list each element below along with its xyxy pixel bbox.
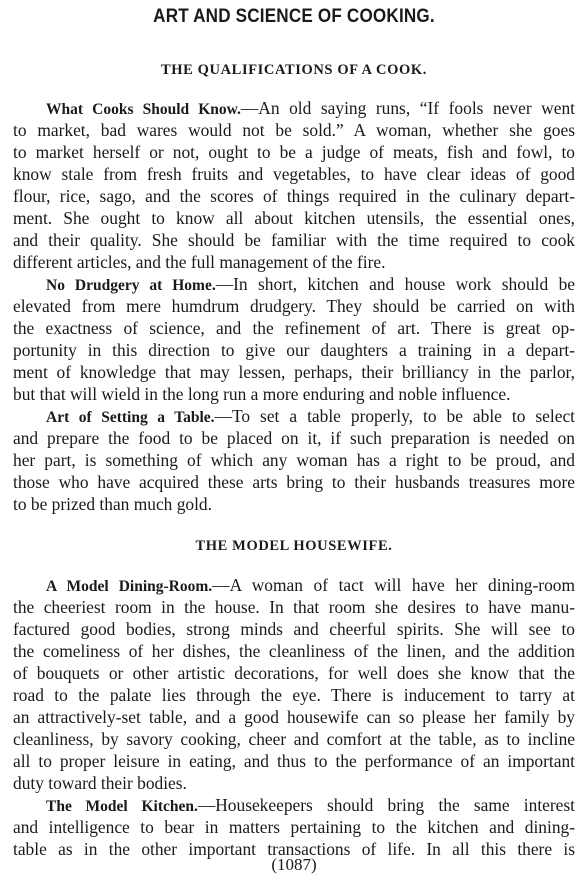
paragraph-line: know stale from fresh fruits and vegetab… [13, 164, 575, 185]
paragraph-lead-no-drudgery: No Drudgery at Home. [46, 277, 216, 294]
paragraph-line: the exactness of science, and the refine… [13, 318, 575, 339]
paragraph-line: and their quality. She should be familia… [13, 230, 575, 251]
paragraph-line: and prepare the food to be placed on it,… [13, 428, 575, 449]
paragraph-lead-model-kitchen: The Model Kitchen. [46, 798, 198, 815]
paragraph-line: but that will wield in the long run a mo… [13, 384, 575, 405]
section-heading-model-housewife: THE MODEL HOUSEWIFE. [0, 538, 588, 555]
paragraph-line: No Drudgery at Home.—In short, kitchen a… [46, 274, 575, 296]
page-title: ART AND SCIENCE OF COOKING. [29, 6, 558, 28]
page-number: (1087) [0, 855, 588, 875]
paragraph-line: factured good bodies, strong minds and c… [13, 619, 575, 640]
paragraph-line: to market herself or not, ought to be a … [13, 142, 575, 163]
book-page: ART AND SCIENCE OF COOKING. THE QUALIFIC… [0, 0, 588, 878]
paragraph-line: to market, bad wares would not be sold.”… [13, 120, 575, 141]
paragraph-line: different articles, and the full managem… [13, 252, 575, 273]
paragraph-line: portunity in this direction to give our … [13, 340, 575, 361]
paragraph-line: What Cooks Should Know.—An old saying ru… [46, 98, 575, 120]
paragraph-line: road to the palate lies through the eye.… [13, 685, 575, 706]
paragraph-line: those who have acquired these arts bring… [13, 472, 575, 493]
paragraph-line: and intelligence to bear in matters pert… [13, 817, 575, 838]
paragraph-line: elevated from mere humdrum drudgery. The… [13, 296, 575, 317]
paragraph-line: duty toward their bodies. [13, 773, 575, 794]
paragraph-line: to be prized than much gold. [13, 494, 575, 515]
paragraph-lead-model-dining-room: A Model Dining-Room. [46, 578, 212, 595]
paragraph-line: Art of Setting a Table.—To set a table p… [46, 406, 575, 428]
paragraph-lead-what-cooks-should-know: What Cooks Should Know. [46, 101, 241, 118]
paragraph-line: cleanliness, by savory cooking, cheer an… [13, 729, 575, 750]
paragraph-line: ment of knowledge that may lessen, perha… [13, 362, 575, 383]
paragraph-line: ment. She ought to know all about kitche… [13, 208, 575, 229]
paragraph-lead-art-of-setting-a-table: Art of Setting a Table. [46, 409, 215, 426]
paragraph-line: The Model Kitchen.—Housekeepers should b… [46, 795, 575, 817]
paragraph-line: all to proper leisure in eating, and thu… [13, 751, 575, 772]
paragraph-line: the cheeriest room in the house. In that… [13, 597, 575, 618]
paragraph-line: an attractively-set table, and a good ho… [13, 707, 575, 728]
paragraph-line: A Model Dining-Room.—A woman of tact wil… [46, 575, 575, 597]
paragraph-line: of bouquets or other artistic decoration… [13, 663, 575, 684]
paragraph-line: flour, rice, sago, and the scores of thi… [13, 186, 575, 207]
paragraph-line: the comeliness of her dishes, the cleanl… [13, 641, 575, 662]
paragraph-line: her part, is something of which any woma… [13, 450, 575, 471]
section-heading-qualifications: THE QUALIFICATIONS OF A COOK. [0, 62, 588, 79]
